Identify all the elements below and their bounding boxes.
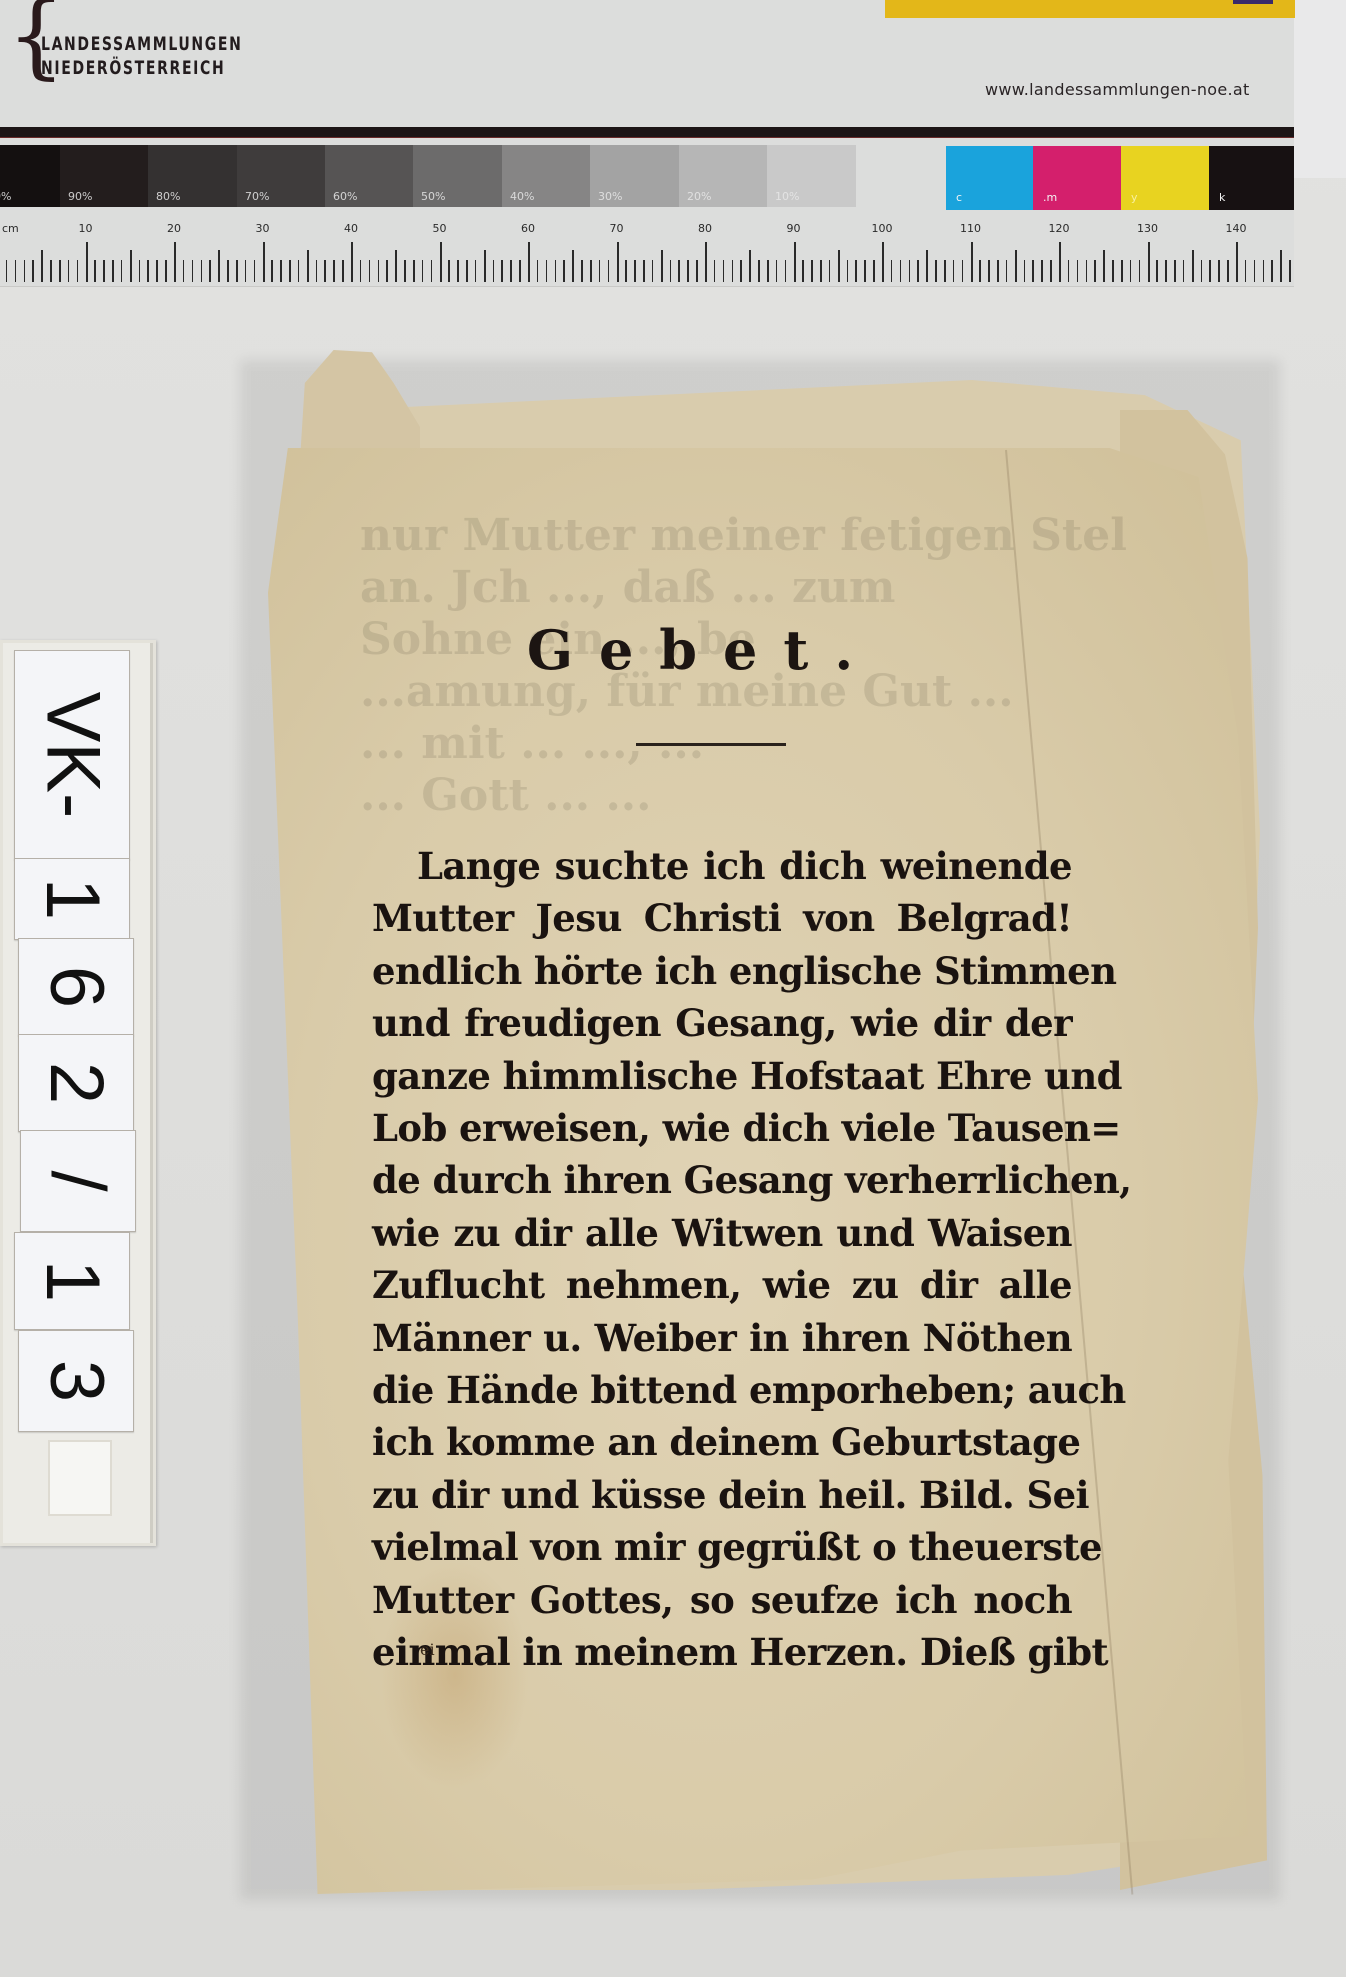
text-line: de durch ihren Gesang verherrlichen, [372, 1154, 1072, 1206]
yellow-brand-bar [885, 0, 1295, 18]
black-patch: k [1209, 146, 1294, 210]
gray-patch: 50% [413, 145, 502, 207]
gray-patch: 30% [590, 145, 679, 207]
gray-patch: 100% [0, 145, 60, 207]
text-line: ich komme an deinem Geburtstage [372, 1416, 1072, 1468]
accession-tile: 1 [14, 858, 130, 940]
text-line: die Hände bittend emporheben; auch [372, 1364, 1072, 1416]
yellow-patch: y [1121, 146, 1209, 210]
text-line: Zuflucht nehmen, wie zu dir alle [372, 1259, 1072, 1311]
color-calibration-card: { LANDESSAMMLUNGEN NIEDERÖSTERREICH www.… [0, 0, 1294, 287]
cyan-patch: c [946, 146, 1033, 210]
holder-empty-slot [48, 1440, 112, 1516]
magenta-patch: .m [1033, 146, 1121, 210]
accession-tile: 6 [18, 938, 134, 1036]
divider-rule [0, 127, 1294, 138]
logo-line-1: LANDESSAMMLUNGEN [41, 33, 243, 55]
text-line: wie zu dir alle Witwen und Waisen [372, 1207, 1072, 1259]
text-line: Mutter Jesu Christi von Belgrad! [372, 892, 1072, 944]
accession-tile: / [20, 1130, 136, 1232]
text-line: vielmal von mir gegrüßt o theuerste [372, 1521, 1072, 1573]
text-line: und freudigen Gesang, wie dir der [372, 997, 1072, 1049]
text-line: Lob erweisen, wie dich viele Tausen= [372, 1102, 1072, 1154]
accession-tile: 3 [18, 1330, 134, 1432]
title-rule [636, 743, 786, 746]
background-board [1294, 0, 1346, 178]
gray-patch: 70% [237, 145, 325, 207]
institution-logo: { LANDESSAMMLUNGEN NIEDERÖSTERREICH [5, 0, 285, 90]
document-title: Gebet. [0, 618, 1346, 682]
margin-correction: ei [420, 1640, 435, 1659]
accession-tile: 1 [14, 1232, 130, 1330]
gray-patch: 80% [148, 145, 237, 207]
text-line: Männer u. Weiber in ihren Nöthen [372, 1312, 1072, 1364]
gray-patch: 20% [679, 145, 767, 207]
gray-patch: 90% [60, 145, 148, 207]
text-line: ganze himmlische Hofstaat Ehre und [372, 1050, 1072, 1102]
gray-patch: 60% [325, 145, 413, 207]
gray-patch: 40% [502, 145, 590, 207]
logo-line-2: NIEDERÖSTERREICH [41, 57, 225, 79]
institution-url: www.landessammlungen-noe.at [985, 80, 1250, 99]
gray-patch: 10% [767, 145, 856, 207]
text-line: endlich hörte ich englische Stimmen [372, 945, 1072, 997]
accession-tile: 2 [18, 1034, 134, 1132]
prayer-text: Lange suchte ich dich weinende Mutter Je… [372, 840, 1072, 1679]
centimeter-ruler: cm 102030405060708090100110120130140 [0, 220, 1294, 286]
text-line: Lange suchte ich dich weinende [372, 840, 1072, 892]
text-line: einmal in meinem Herzen. Dieß gibt [372, 1626, 1072, 1678]
text-line: Mutter Gottes, so seufze ich noch [372, 1574, 1072, 1626]
text-line: zu dir und küsse dein heil. Bild. Sei [372, 1469, 1072, 1521]
